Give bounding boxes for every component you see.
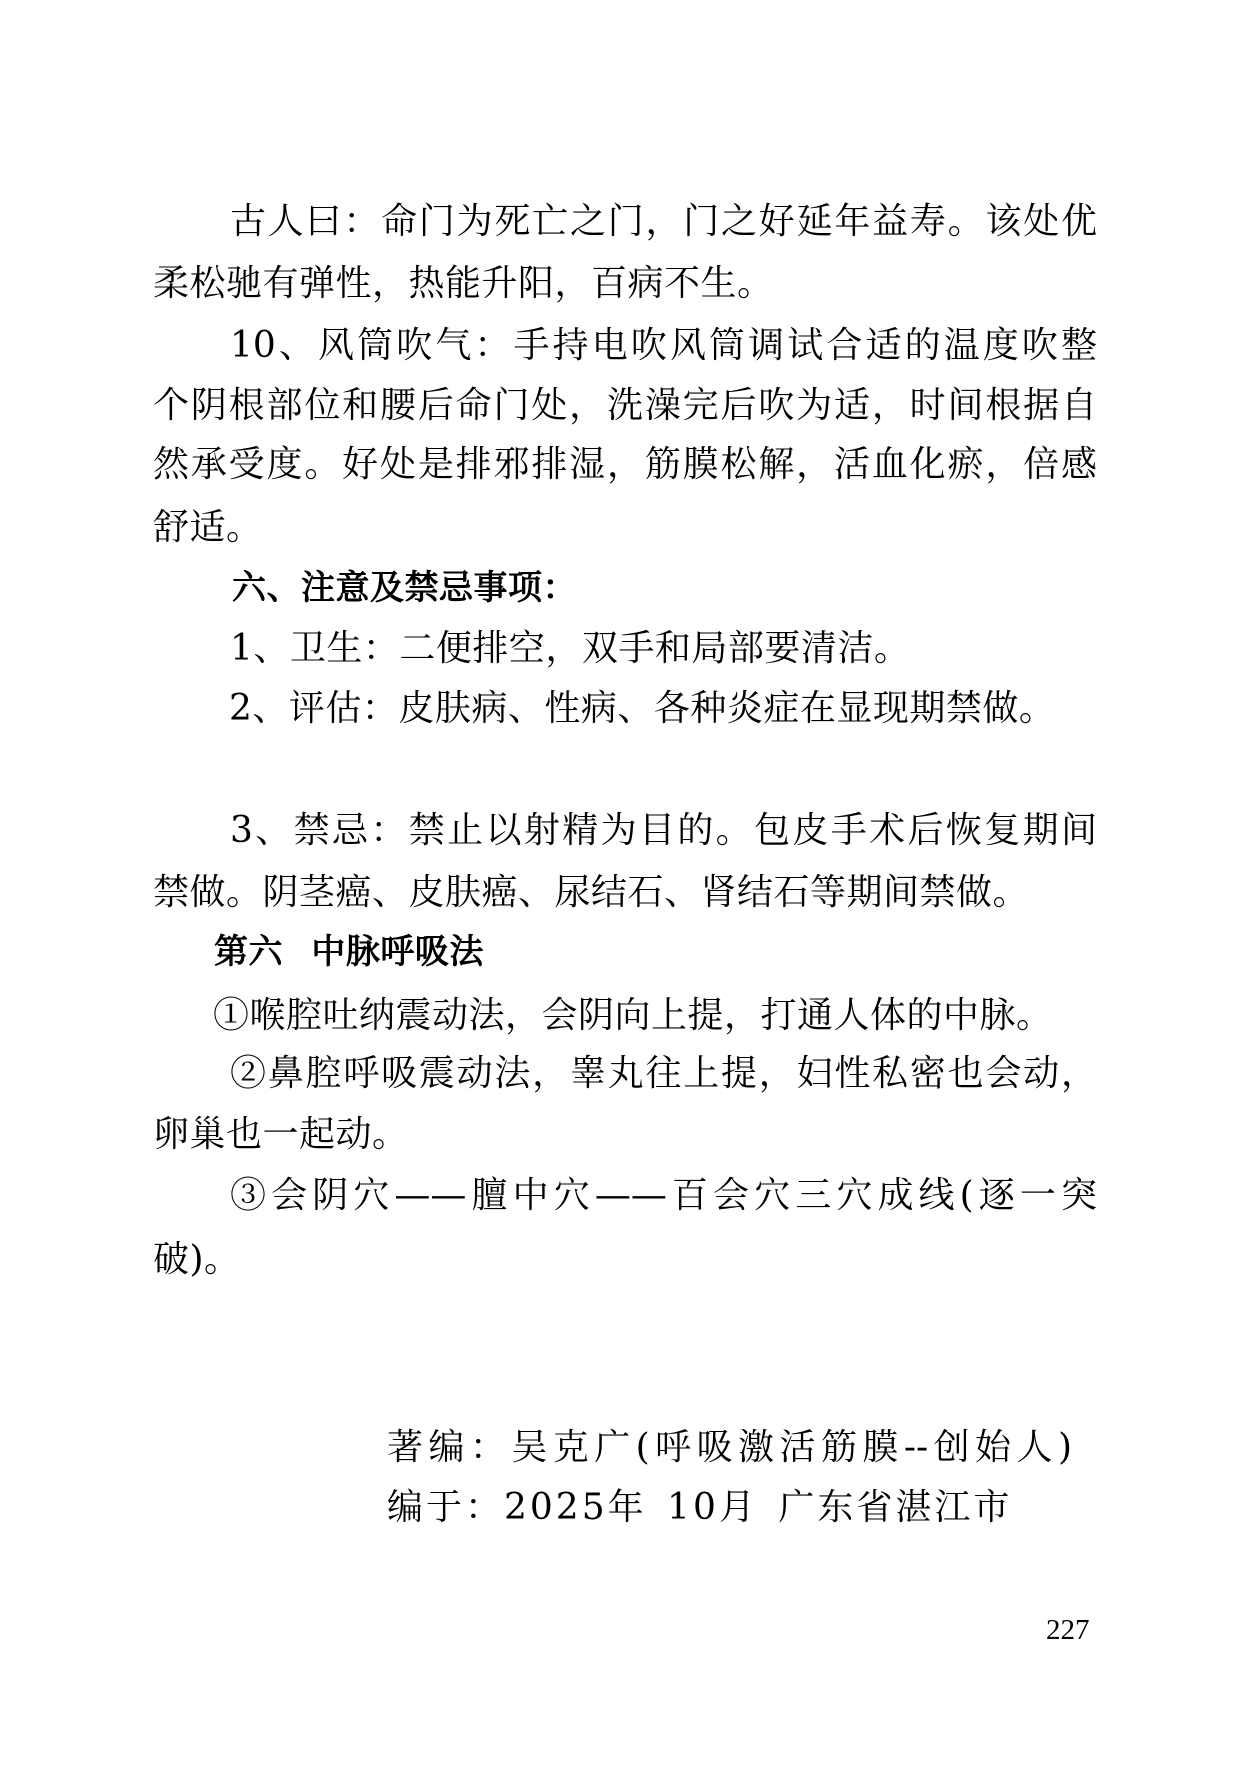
paragraph-line: 个阴根部位和腰后命门处，洗澡完后吹为适，时间根据自 — [153, 384, 1097, 428]
page-number: 227 — [1046, 1613, 1090, 1647]
paragraph-line: 卵巢也一起动。 — [153, 1113, 409, 1157]
list-item-hygiene: 1、卫生：二便排空，双手和局部要清洁。 — [230, 627, 910, 671]
paragraph-line: ③会阴穴——膻中穴——百会穴三穴成线(逐一突 — [230, 1174, 1097, 1218]
paragraph-line: 破)。 — [153, 1238, 241, 1282]
paragraph-line: 柔松驰有弹性，热能升阳，百病不生。 — [153, 262, 774, 306]
list-item-assessment: 2、评估：皮肤病、性病、各种炎症在显现期禁做。 — [229, 687, 1055, 731]
paragraph-line: ②鼻腔呼吸震动法，睾丸往上提，妇性私密也会动， — [230, 1052, 1097, 1096]
section-heading-precautions: 六、注意及禁忌事项： — [232, 566, 577, 610]
section-heading-central-meridian-breathing: 第六 中脉呼吸法 — [214, 930, 484, 974]
document-page: 古人曰：命门为死亡之门，门之好延年益寿。该处优 柔松驰有弹性，热能升阳，百病不生… — [0, 0, 1258, 1778]
list-item-throat-breathing: ①喉腔吐纳震动法，会阴向上提，打通人体的中脉。 — [213, 994, 1053, 1038]
paragraph-line: 然承受度。好处是排邪排湿，筋膜松解，活血化瘀，倍感 — [153, 443, 1097, 487]
paragraph-line: 舒适。 — [153, 506, 263, 550]
paragraph-line: 古人曰：命门为死亡之门，门之好延年益寿。该处优 — [230, 200, 1097, 244]
paragraph-line: 3、禁忌：禁止以射精为目的。包皮手术后恢复期间 — [230, 809, 1097, 853]
paragraph-line: 禁做。阴茎癌、皮肤癌、尿结石、肾结石等期间禁做。 — [153, 871, 1029, 915]
paragraph-line: 10、风筒吹气：手持电吹风筒调试合适的温度吹整 — [230, 324, 1097, 368]
date-location-line: 编于：2025年 10月 广东省湛江市 — [387, 1486, 1012, 1530]
author-line: 著编：吴克广(呼吸激活筋膜--创始人) — [387, 1426, 1072, 1470]
